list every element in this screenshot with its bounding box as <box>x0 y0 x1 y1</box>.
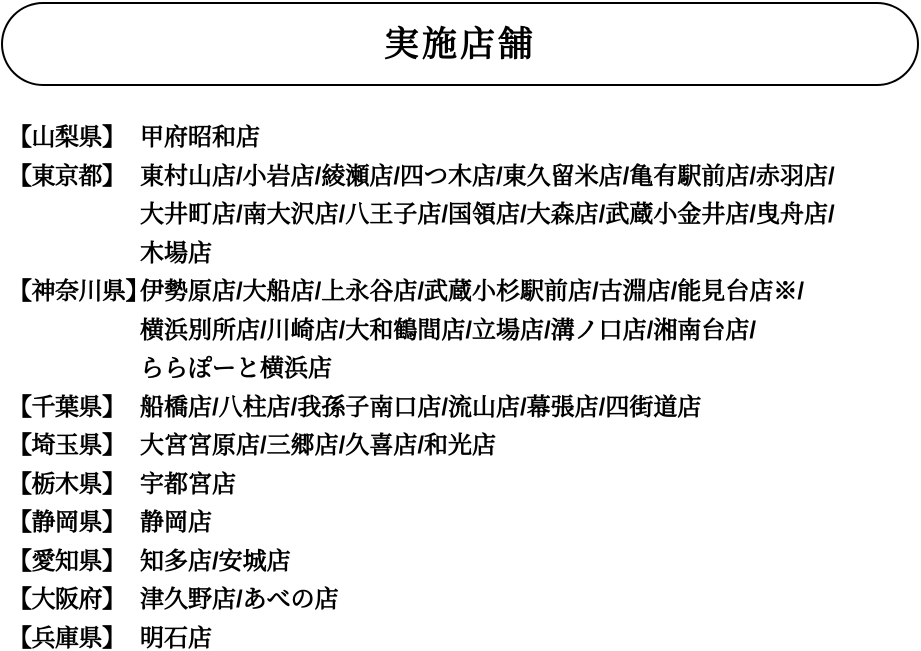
prefecture-label: 【埼玉県】 <box>8 427 140 466</box>
prefecture-label: 【山梨県】 <box>8 119 140 158</box>
store-line: 船橋店/八柱店/我孫子南口店/流山店/幕張店/四街道店 <box>140 389 917 428</box>
store-lines: 宇都宮店 <box>140 466 917 505</box>
prefecture-label: 【千葉県】 <box>8 389 140 428</box>
store-lines: 明石店 <box>140 620 917 651</box>
store-line: ららぽーと横浜店 <box>140 350 917 389</box>
store-lines: 船橋店/八柱店/我孫子南口店/流山店/幕張店/四街道店 <box>140 389 917 428</box>
store-row: 【東京都】 東村山店/小岩店/綾瀬店/四つ木店/東久留米店/亀有駅前店/赤羽店/… <box>8 158 917 274</box>
store-flyer-page: 実施店舗 【山梨県】 甲府昭和店 【東京都】 東村山店/小岩店/綾瀬店/四つ木店… <box>0 0 921 651</box>
store-line: 宇都宮店 <box>140 466 917 505</box>
store-lines: 大宮宮原店/三郷店/久喜店/和光店 <box>140 427 917 466</box>
store-lines: 東村山店/小岩店/綾瀬店/四つ木店/東久留米店/亀有駅前店/赤羽店/大井町店/南… <box>140 158 917 274</box>
prefecture-label: 【大阪府】 <box>8 581 140 620</box>
store-line: 横浜別所店/川崎店/大和鶴間店/立場店/溝ノ口店/湘南台店/ <box>140 312 917 351</box>
store-row: 【愛知県】 知多店/安城店 <box>8 543 917 582</box>
store-line: 知多店/安城店 <box>140 543 917 582</box>
store-line: 静岡店 <box>140 504 917 543</box>
prefecture-label: 【栃木県】 <box>8 466 140 505</box>
prefecture-label: 【兵庫県】 <box>8 620 140 651</box>
store-line: 津久野店/あべの店 <box>140 581 917 620</box>
store-row: 【栃木県】 宇都宮店 <box>8 466 917 505</box>
store-row: 【山梨県】 甲府昭和店 <box>8 119 917 158</box>
prefecture-label: 【静岡県】 <box>8 504 140 543</box>
prefecture-label: 【神奈川県】 <box>8 273 140 312</box>
prefecture-label: 【愛知県】 <box>8 543 140 582</box>
title-pill: 実施店舗 <box>1 2 919 86</box>
store-line: 木場店 <box>140 235 917 274</box>
store-row: 【埼玉県】 大宮宮原店/三郷店/久喜店/和光店 <box>8 427 917 466</box>
store-lines: 知多店/安城店 <box>140 543 917 582</box>
page-title: 実施店舗 <box>384 27 536 62</box>
store-row: 【神奈川県】 伊勢原店/大船店/上永谷店/武蔵小杉駅前店/古淵店/能見台店※/横… <box>8 273 917 389</box>
store-line: 東村山店/小岩店/綾瀬店/四つ木店/東久留米店/亀有駅前店/赤羽店/ <box>140 158 917 197</box>
store-line: 伊勢原店/大船店/上永谷店/武蔵小杉駅前店/古淵店/能見台店※/ <box>140 273 917 312</box>
store-line: 大井町店/南大沢店/八王子店/国領店/大森店/武蔵小金井店/曳舟店/ <box>140 196 917 235</box>
store-row: 【静岡県】 静岡店 <box>8 504 917 543</box>
store-row: 【兵庫県】 明石店 <box>8 620 917 651</box>
store-lines: 甲府昭和店 <box>140 119 917 158</box>
store-row: 【大阪府】 津久野店/あべの店 <box>8 581 917 620</box>
store-lines: 静岡店 <box>140 504 917 543</box>
store-list: 【山梨県】 甲府昭和店 【東京都】 東村山店/小岩店/綾瀬店/四つ木店/東久留米… <box>8 119 917 651</box>
store-line: 甲府昭和店 <box>140 119 917 158</box>
store-line: 明石店 <box>140 620 917 651</box>
store-lines: 伊勢原店/大船店/上永谷店/武蔵小杉駅前店/古淵店/能見台店※/横浜別所店/川崎… <box>140 273 917 389</box>
store-row: 【千葉県】 船橋店/八柱店/我孫子南口店/流山店/幕張店/四街道店 <box>8 389 917 428</box>
prefecture-label: 【東京都】 <box>8 158 140 197</box>
store-line: 大宮宮原店/三郷店/久喜店/和光店 <box>140 427 917 466</box>
store-lines: 津久野店/あべの店 <box>140 581 917 620</box>
